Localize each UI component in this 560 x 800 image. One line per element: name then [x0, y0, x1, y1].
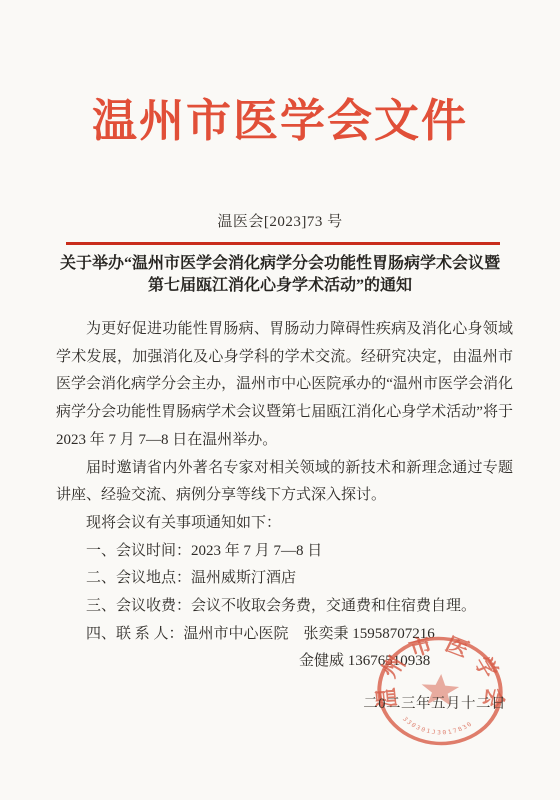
notice-title-line1: 关于举办“温州市医学会消化病学分会功能性胃肠病学术会议暨	[36, 253, 524, 275]
notice-title: 关于举办“温州市医学会消化病学分会功能性胃肠病学术会议暨 第七届瓯江消化心身学术…	[36, 253, 524, 296]
document-page: 温州市医学会文件 温医会[2023]73 号 关于举办“温州市医学会消化病学分会…	[0, 0, 560, 800]
document-body: 为更好促进功能性胃肠病、胃肠动力障碍性疾病及消化心身领域学术发展，加强消化及心身…	[56, 316, 513, 676]
doc-number: 温医会[2023]73 号	[0, 210, 560, 231]
org-title: 温州市医学会文件	[0, 94, 560, 148]
issue-date: 二0二三年五月十二日	[363, 692, 506, 713]
notice-item-meeting-fee: 三、会议收费：会议不收取会务费，交通费和住宿费自理。	[56, 593, 513, 621]
body-paragraph-1: 为更好促进功能性胃肠病、胃肠动力障碍性疾病及消化心身领域学术发展，加强消化及心身…	[56, 316, 513, 455]
notice-item-meeting-time: 一、会议时间：2023 年 7 月 7—8 日	[56, 538, 513, 566]
red-divider-line	[66, 242, 500, 245]
official-seal: 温州市医学会 330301J3017830	[370, 630, 510, 753]
body-paragraph-3: 现将会议有关事项通知如下：	[56, 510, 513, 538]
seal-graphic: 温州市医学会 330301J3017830	[370, 630, 510, 753]
notice-title-line2: 第七届瓯江消化心身学术活动”的通知	[36, 275, 524, 297]
body-paragraph-2: 届时邀请省内外著名专家对相关领域的新技术和新理念通过专题讲座、经验交流、病例分享…	[56, 455, 513, 510]
notice-item-meeting-venue: 二、会议地点：温州威斯汀酒店	[56, 565, 513, 593]
